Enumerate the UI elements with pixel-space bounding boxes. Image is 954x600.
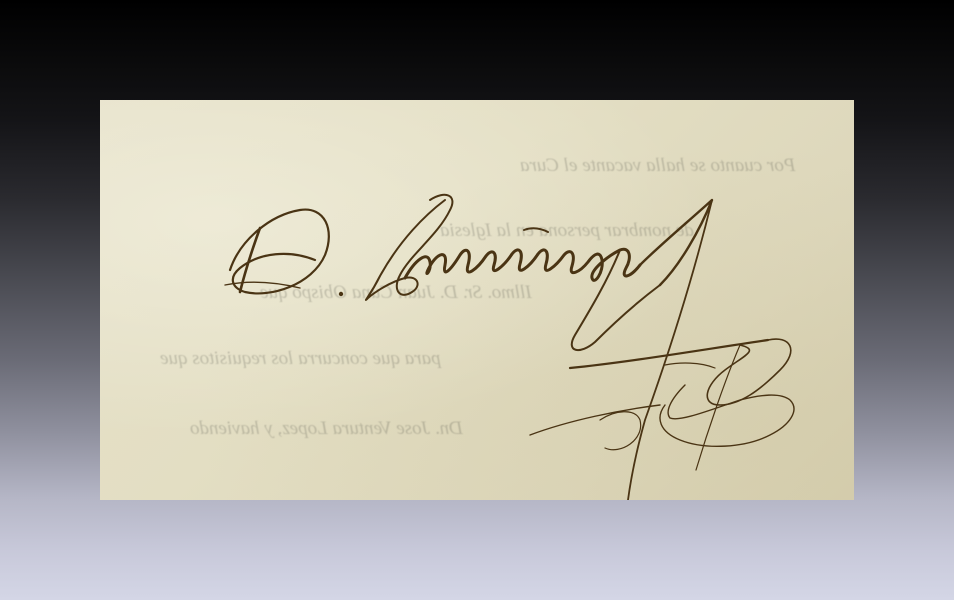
letter-l: [366, 195, 453, 300]
word-body: [405, 249, 640, 280]
signature-ink: [100, 100, 854, 500]
initial-d: [230, 210, 329, 294]
signature-photo: Por cuanto se halla vacante el Cura de n…: [100, 100, 854, 500]
